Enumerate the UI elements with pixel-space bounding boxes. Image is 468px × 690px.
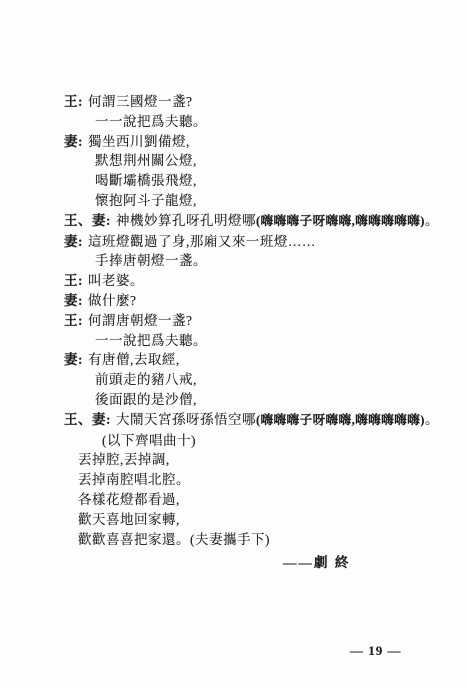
script-body: 王:何謂三國燈一盞? 一一說把爲夫聽。 妻:獨坐西川劉備燈, 默想荆州關公燈, … xyxy=(64,92,444,573)
script-line: 妻:做什麼? xyxy=(64,291,444,311)
script-line: 一一說把爲夫聽。 xyxy=(95,331,444,351)
line-text: (以下齊唱曲十) xyxy=(102,433,196,448)
refrain-text: (嗨嗨嗨子呀嗨嗨,嗨嗨嗨嗨嗨) xyxy=(256,214,425,228)
line-text: 丟掉腔,丟掉調, xyxy=(78,452,170,467)
script-line: 王:何謂唐朝燈一盞? xyxy=(64,311,444,331)
chorus-line: 歡歡喜喜把家還。(夫妻攜手下) xyxy=(78,530,444,550)
line-text: 有唐僧,去取經, xyxy=(88,352,180,367)
line-text: 神機妙算孔呀孔明燈哪 xyxy=(116,213,256,228)
speaker-label: 妻: xyxy=(64,293,83,308)
line-text: 獨坐西川劉備燈, xyxy=(88,134,190,149)
refrain-text: (嗨嗨嗨子呀嗨嗨,嗨嗨嗨嗨嗨) xyxy=(256,413,425,427)
script-line: 王、妻:大鬧天宮孫呀孫悟空哪(嗨嗨嗨子呀嗨嗨,嗨嗨嗨嗨嗨)。 xyxy=(64,410,444,431)
speaker-label: 王: xyxy=(64,94,83,109)
chorus-line: 丟掉腔,丟掉調, xyxy=(78,450,444,470)
script-line: 妻:有唐僧,去取經, xyxy=(64,350,444,370)
script-line: 懷抱阿斗子龍燈, xyxy=(95,191,444,211)
chorus-line: 歡天喜地回家轉, xyxy=(78,510,444,530)
line-text: 後面跟的是沙僧, xyxy=(95,392,197,407)
speaker-label: 妻: xyxy=(64,134,83,149)
line-text: 喝斷壩橋張飛燈, xyxy=(95,173,197,188)
line-text: 各樣花燈都看過, xyxy=(78,492,180,507)
line-text: 前頭走的豬八戒, xyxy=(95,372,197,387)
script-line: 喝斷壩橋張飛燈, xyxy=(95,171,444,191)
line-text: 默想荆州關公燈, xyxy=(95,153,197,168)
stage-direction: (以下齊唱曲十) xyxy=(102,431,444,451)
line-text: 歡天喜地回家轉, xyxy=(78,512,180,527)
speaker-label: 王: xyxy=(64,273,83,288)
script-line: 妻:獨坐西川劉備燈, xyxy=(64,132,444,152)
line-text: 做什麼? xyxy=(88,293,137,308)
script-line: 前頭走的豬八戒, xyxy=(95,370,444,390)
speaker-label: 王: xyxy=(64,313,83,328)
script-line: 默想荆州關公燈, xyxy=(95,151,444,171)
script-line: 一一說把爲夫聽。 xyxy=(95,112,444,132)
line-text: 丟掉南腔唱北腔。 xyxy=(78,472,190,487)
speaker-label: 王、妻: xyxy=(64,213,111,228)
line-text: 大鬧天宮孫呀孫悟空哪 xyxy=(116,412,256,427)
script-line: 後面跟的是沙僧, xyxy=(95,390,444,410)
script-line: 妻:這班燈觀過了身,那廂又來一班燈…… xyxy=(64,232,444,252)
line-text: 一一說把爲夫聽。 xyxy=(95,333,207,348)
speaker-label: 王、妻: xyxy=(64,412,111,427)
page-number: — 19 — xyxy=(350,643,402,659)
line-text: 歡歡喜喜把家還。(夫妻攜手下) xyxy=(78,532,270,547)
line-text: 手捧唐朝燈一盞。 xyxy=(95,253,207,268)
speaker-label: 妻: xyxy=(64,352,83,367)
line-text: 懷抱阿斗子龍燈, xyxy=(95,193,197,208)
script-line: 王、妻:神機妙算孔呀孔明燈哪(嗨嗨嗨子呀嗨嗨,嗨嗨嗨嗨嗨)。 xyxy=(64,211,444,232)
speaker-label: 妻: xyxy=(64,234,83,249)
line-text: 叫老婆。 xyxy=(88,273,144,288)
script-line: 王:叫老婆。 xyxy=(64,271,444,291)
script-line: 手捧唐朝燈一盞。 xyxy=(95,251,444,271)
line-text: 何謂三國燈一盞? xyxy=(88,94,193,109)
chorus-line: 各樣花燈都看過, xyxy=(78,490,444,510)
chorus-line: 丟掉南腔唱北腔。 xyxy=(78,470,444,490)
line-tail: 。 xyxy=(425,213,439,228)
line-tail: 。 xyxy=(425,412,439,427)
line-text: 一一說把爲夫聽。 xyxy=(95,114,207,129)
line-text: 這班燈觀過了身,那廂又來一班燈…… xyxy=(88,234,316,249)
line-text: 何謂唐朝燈一盞? xyxy=(88,313,193,328)
end-mark: ——劇 終 xyxy=(283,553,444,573)
script-line: 王:何謂三國燈一盞? xyxy=(64,92,444,112)
scanned-script-page: 王:何謂三國燈一盞? 一一說把爲夫聽。 妻:獨坐西川劉備燈, 默想荆州關公燈, … xyxy=(0,0,468,690)
